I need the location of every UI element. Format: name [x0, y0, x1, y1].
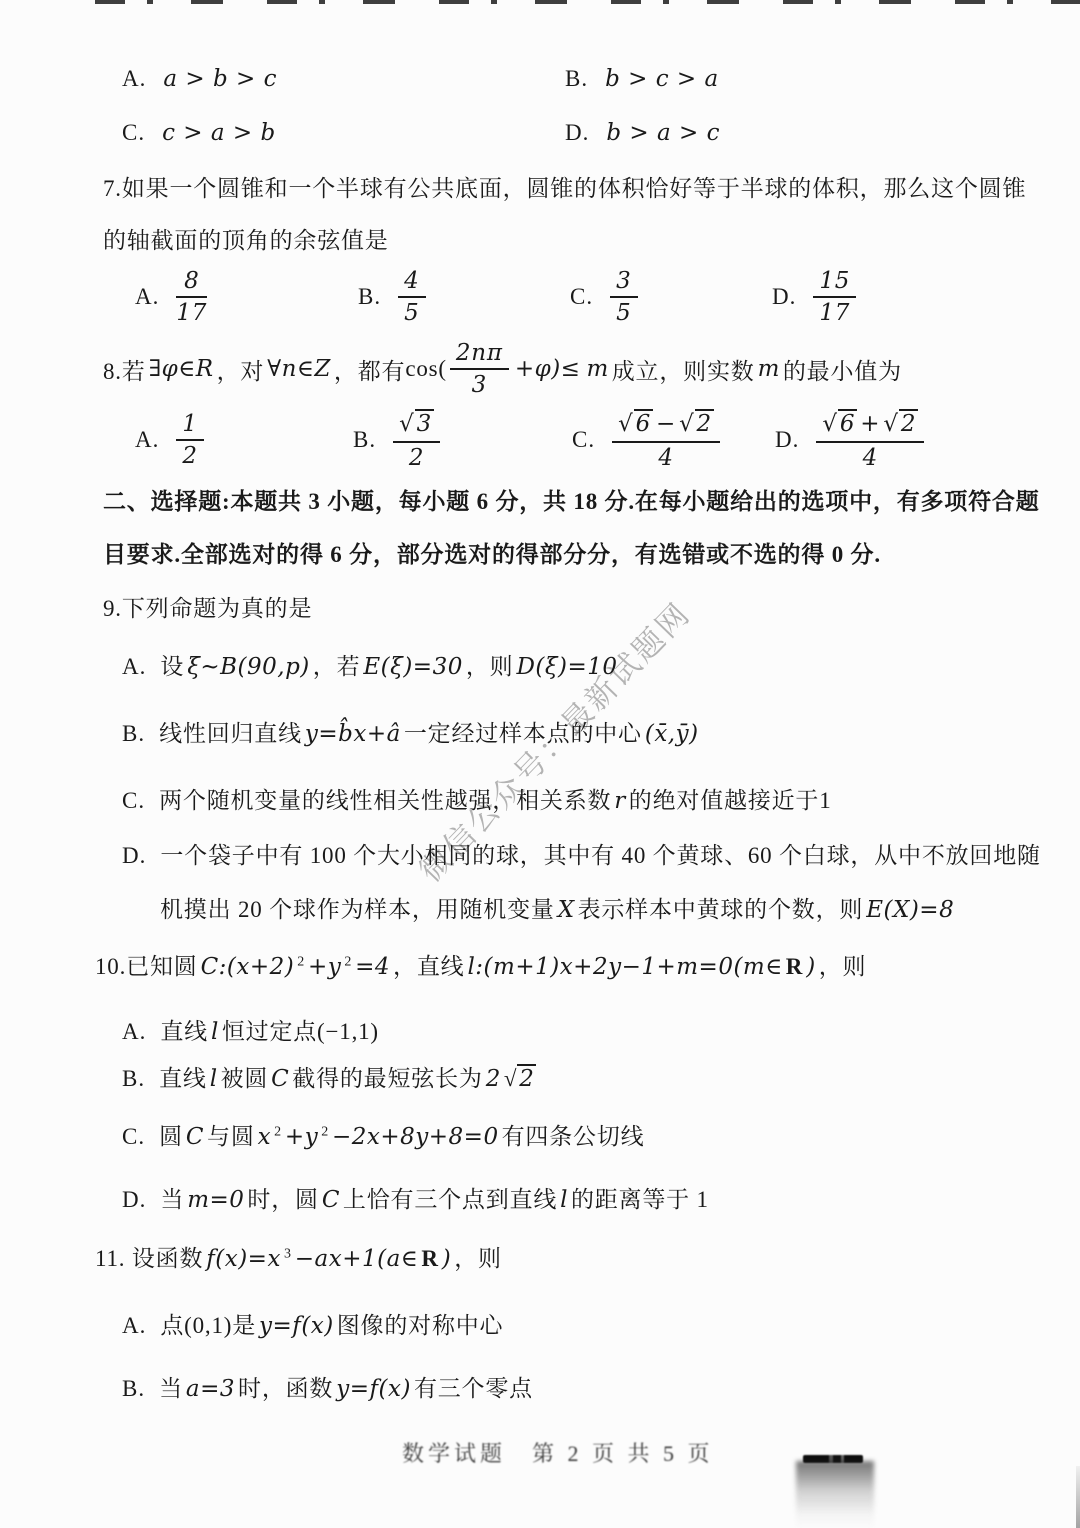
- q8-text: ，对: [217, 353, 265, 386]
- q8-cos: cos(: [405, 356, 447, 382]
- footer-page-number: 第 2 页 共 5 页: [532, 1441, 714, 1466]
- q9-option-d-line2: 机摸出 20 个球作为样本，用随机变量X表示样本中黄球的个数，则E(X)=8: [160, 891, 957, 924]
- q10b-math: l: [207, 1066, 221, 1092]
- q8-option-d: D. √6 + √2 4: [775, 410, 927, 470]
- q8-math: m: [755, 356, 783, 382]
- fraction-sqrt: √6 + √2 4: [816, 409, 924, 471]
- option-math: b > c > a: [602, 66, 722, 92]
- q8-math: +φ)≤: [512, 356, 584, 382]
- option-label: A.: [122, 66, 146, 91]
- q10c-math: x: [255, 1124, 274, 1150]
- q8-text: ，都有: [334, 353, 405, 386]
- q11-option-b: B.当a=3时，函数y=f(x)有三个零点: [122, 1370, 533, 1403]
- q11-option-a: A.点(0,1)是y=f(x)图像的对称中心: [122, 1307, 503, 1340]
- option-label: D.: [775, 427, 799, 453]
- q9d-math: E(X)=8: [863, 897, 957, 923]
- radicand: 2: [517, 1064, 536, 1092]
- q11a-text: 点(0,1)是: [160, 1313, 256, 1338]
- operator: +: [857, 411, 883, 437]
- q8-stem: 8.若 ∃φ∈R ，对 ∀n∈Z ，都有 cos( 2nπ3 +φ)≤ m 成立…: [103, 340, 902, 398]
- q7-option-a: A. 817: [135, 268, 210, 326]
- option-label: D.: [772, 284, 796, 310]
- q8-math: ∀n∈Z: [264, 356, 334, 382]
- q10-stem: 10.已知圆C:(x+2)2+y2=4，直线l:(m+1)x+2y−1+m=0(…: [95, 948, 866, 981]
- set-r-symbol: R: [786, 954, 803, 979]
- radical-sign: √: [883, 411, 898, 437]
- q10c-math: +y: [282, 1124, 321, 1150]
- option-label: C.: [122, 788, 145, 813]
- option-label: B.: [353, 427, 376, 453]
- q11-stem: 11. 设函数f(x)=x3−ax+1(a∈R)，则: [95, 1240, 502, 1273]
- scan-smudge-fade-artifact: [796, 1461, 874, 1528]
- fraction: 817: [176, 268, 207, 327]
- q8-option-a: A. 12: [135, 410, 207, 470]
- superscript: 2: [274, 1124, 282, 1139]
- radical-sign: √: [504, 1066, 517, 1091]
- q7-option-d: D. 1517: [772, 268, 859, 326]
- section-2-line1: 二、选择题:本题共 3 小题，每小题 6 分，共 18 分.在每小题给出的选项中…: [103, 483, 1040, 516]
- option-label: A.: [135, 427, 159, 453]
- q11-math: ): [439, 1246, 454, 1272]
- q9c-math: r: [611, 788, 629, 814]
- q8-math: m: [583, 356, 611, 382]
- q10-option-a: A.直线l恒过定点(−1,1): [122, 1013, 379, 1046]
- q9b-math: y=b̂x+â: [302, 721, 404, 747]
- fraction-sqrt: √6 − √2 4: [612, 409, 720, 471]
- radical-sign: √: [679, 411, 694, 437]
- q10-math: +y: [305, 954, 344, 980]
- footer-doc-title: 数学试题: [402, 1441, 506, 1466]
- q11-text: 11. 设函数: [95, 1246, 203, 1271]
- set-r-symbol: R: [421, 1246, 438, 1271]
- fraction: 2nπ3: [450, 340, 509, 399]
- q10a-text: 恒过定点(−1,1): [222, 1019, 379, 1044]
- q11b-math: a=3: [183, 1376, 238, 1402]
- q9-stem: 9.下列命题为真的是: [103, 590, 312, 623]
- q6-option-a: A.a > b > c: [122, 66, 280, 92]
- option-label: C.: [122, 1124, 145, 1149]
- option-label: B.: [122, 721, 145, 746]
- q11-math: f(x)=x: [203, 1246, 284, 1272]
- option-label: A.: [122, 1313, 146, 1338]
- q10-text: ，直线: [393, 954, 464, 979]
- q11a-math: y=f(x): [256, 1313, 337, 1339]
- option-label: A.: [122, 654, 146, 679]
- scan-edge-streak-artifact: [1076, 1466, 1080, 1528]
- q11b-text: 有三个零点: [414, 1376, 533, 1401]
- q11b-math: y=f(x): [333, 1376, 414, 1402]
- q10a-text: 直线: [160, 1019, 208, 1044]
- radicand: 6: [634, 409, 653, 437]
- q9a-text: ，若: [313, 654, 361, 679]
- q6-option-c: C.c > a > b: [122, 120, 279, 146]
- q9d-text: 一个袋子中有 100 个大小相同的球，其中有 40 个黄球、60 个白球，从中不…: [160, 843, 1040, 868]
- q10-option-d: D.当m=0时，圆C上恰有三个点到直线l的距离等于 1: [122, 1181, 709, 1214]
- radical-sign: √: [399, 411, 414, 437]
- q9c-number: 1: [819, 788, 831, 813]
- q7-stem-line2: 的轴截面的顶角的余弦值是: [103, 222, 389, 255]
- q7-stem-line1: 7.如果一个圆锥和一个半球有公共底面，圆锥的体积恰好等于半球的体积，那么这个圆锥: [103, 170, 1026, 203]
- radicand: 6: [838, 409, 857, 437]
- option-label: B.: [565, 66, 588, 91]
- option-math: a > b > c: [160, 66, 280, 92]
- page-footer: 数学试题第 2 页 共 5 页: [402, 1437, 714, 1468]
- q8-math: ∃φ∈R: [146, 356, 217, 382]
- q9a-math: ξ~B(90,p): [184, 654, 313, 680]
- q10d-math: m=0: [184, 1187, 247, 1213]
- q10-option-b: B.直线l被圆C截得的最短弦长为2√2: [122, 1060, 536, 1093]
- option-label: B.: [122, 1066, 145, 1091]
- q6-option-b: B.b > c > a: [565, 66, 722, 92]
- q11-text: ，则: [454, 1246, 502, 1271]
- q9c-text: 的绝对值越接近于: [629, 788, 819, 813]
- q9-option-c: C.两个随机变量的线性相关性越强，相关系数r的绝对值越接近于1: [122, 782, 832, 815]
- q10-math: C:(x+2): [198, 954, 298, 980]
- q10b-math: C: [268, 1066, 292, 1092]
- option-math: b > a > c: [603, 120, 723, 146]
- q10b-text: 被圆: [221, 1066, 269, 1091]
- q10-math: ): [803, 954, 818, 980]
- option-label: D.: [565, 120, 589, 145]
- option-math: c > a > b: [159, 120, 279, 146]
- q8-text: 的最小值为: [783, 353, 902, 386]
- q10c-text: 圆: [159, 1124, 183, 1149]
- q9d-text: 表示样本中黄球的个数，则: [578, 897, 864, 922]
- q10c-text: 有四条公切线: [502, 1124, 645, 1149]
- q11-math: −ax+1(a∈: [292, 1246, 422, 1272]
- q9c-text: 两个随机变量的线性相关性越强，相关系数: [159, 788, 611, 813]
- q7-option-b: B. 45: [358, 268, 429, 326]
- option-label: C.: [570, 284, 593, 310]
- q10d-text: 当: [160, 1187, 184, 1212]
- q10d-text: 的距离等于 1: [571, 1187, 709, 1212]
- q9-option-d-line1: D.一个袋子中有 100 个大小相同的球，其中有 40 个黄球、60 个白球，从…: [122, 837, 1041, 870]
- q10-text: 10.已知圆: [95, 954, 198, 979]
- q8-option-b: B. √3 2: [353, 410, 443, 470]
- q10c-math: −2x+8y+8=0: [329, 1124, 502, 1150]
- exam-page: 微信公众号：最新试题网 A.a > b > c B.b > c > a C.c …: [0, 0, 1080, 1528]
- option-label: A.: [135, 284, 159, 310]
- radicand: 3: [415, 409, 434, 437]
- radicand: 2: [899, 409, 918, 437]
- q8-text: 8.若: [103, 353, 146, 386]
- option-label: D.: [122, 1187, 146, 1212]
- q11b-text: 当: [159, 1376, 183, 1401]
- q9a-text: ，则: [466, 654, 514, 679]
- q11b-text: 时，函数: [238, 1376, 333, 1401]
- q9a-math: D(ξ)=10: [513, 654, 620, 680]
- q10c-text: 与圆: [207, 1124, 255, 1149]
- q10-option-c: C.圆C与圆x2+y2−2x+8y+8=0有四条公切线: [122, 1118, 644, 1151]
- option-label: A.: [122, 1019, 146, 1044]
- fraction: 1517: [813, 268, 856, 327]
- option-label: D.: [122, 843, 146, 868]
- superscript: 3: [284, 1246, 292, 1261]
- option-label: B.: [358, 284, 381, 310]
- q7-option-c: C. 35: [570, 268, 641, 326]
- q10d-text: 时，圆: [247, 1187, 318, 1212]
- q10-math: =4: [352, 954, 393, 980]
- radical-sign: √: [822, 411, 837, 437]
- q10-text: ，则: [819, 954, 867, 979]
- q9-option-b: B.线性回归直线y=b̂x+â一定经过样本点的中心(x̄,ȳ): [122, 715, 702, 748]
- fraction: 45: [398, 268, 425, 327]
- page-top-cut-text-artifact: [95, 0, 1080, 4]
- q11a-text: 图像的对称中心: [337, 1313, 504, 1338]
- q9d-text: 机摸出 20 个球作为样本，用随机变量: [160, 897, 555, 922]
- fraction: 12: [176, 411, 203, 470]
- q9b-text: 线性回归直线: [159, 721, 302, 746]
- superscript: 2: [321, 1124, 329, 1139]
- radical-sign: √: [618, 411, 633, 437]
- q9b-text: 一定经过样本点的中心: [404, 721, 642, 746]
- option-label: C.: [572, 427, 595, 453]
- q10a-math: l: [208, 1019, 222, 1045]
- operator: −: [653, 411, 679, 437]
- option-label: B.: [122, 1376, 145, 1401]
- q10b-text: 截得的最短弦长为: [292, 1066, 482, 1091]
- option-label: C.: [122, 120, 145, 145]
- q9b-math: (x̄,ȳ): [642, 721, 702, 747]
- q8-option-c: C. √6 − √2 4: [572, 410, 723, 470]
- q10-math: l:(m+1)x+2y−1+m=0(m∈: [464, 954, 785, 980]
- q10b-text: 直线: [159, 1066, 207, 1091]
- q10d-text: 上恰有三个点到直线: [343, 1187, 557, 1212]
- q8-text: 成立，则实数: [612, 353, 755, 386]
- q10b-coef: 2: [483, 1066, 504, 1092]
- fraction: 35: [610, 268, 637, 327]
- q9d-math: X: [555, 897, 578, 923]
- q10d-math: C: [319, 1187, 343, 1213]
- q10d-math: l: [557, 1187, 571, 1213]
- section-2-line2: 目要求.全部选对的得 6 分，部分选对的得部分分，有选错或不选的得 0 分.: [103, 536, 881, 569]
- fraction-sqrt: √3 2: [393, 409, 440, 471]
- superscript: 2: [297, 954, 305, 969]
- q6-option-d: D.b > a > c: [565, 120, 723, 146]
- q9a-text: 设: [160, 654, 184, 679]
- q9a-math: E(ξ)=30: [360, 654, 465, 680]
- q9-option-a: A.设ξ~B(90,p)，若E(ξ)=30，则D(ξ)=10: [122, 648, 621, 681]
- q10c-math: C: [183, 1124, 207, 1150]
- superscript: 2: [344, 954, 352, 969]
- radicand: 2: [695, 409, 714, 437]
